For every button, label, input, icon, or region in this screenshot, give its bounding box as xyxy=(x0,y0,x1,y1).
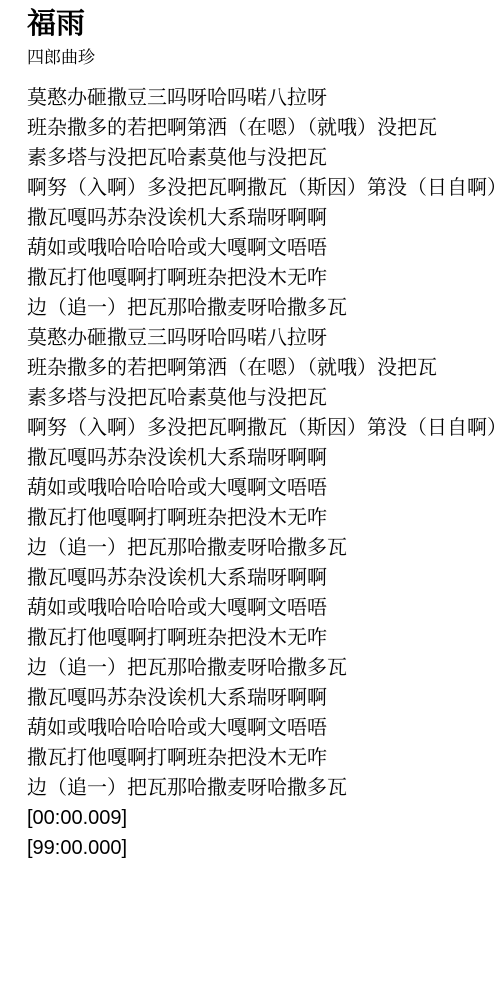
lyric-line: 撒瓦嘎吗苏杂没诶机大系瑞呀啊啊 xyxy=(27,203,500,233)
lyric-line: 撒瓦打他嘎啊打啊班杂把没木无咋 xyxy=(27,743,500,773)
lyric-line: 啊努（入啊）多没把瓦啊撒瓦（斯因）第没（日自啊） xyxy=(27,173,500,203)
lyric-line: 素多塔与没把瓦哈素莫他与没把瓦 xyxy=(27,143,500,173)
lyrics-body: 莫憨办砸撒豆三吗呀哈吗喏八拉呀 班杂撒多的若把啊第洒（在嗯）（就哦）没把瓦 素多… xyxy=(27,83,500,863)
lyric-line: 撒瓦打他嘎啊打啊班杂把没木无咋 xyxy=(27,623,500,653)
lyric-line: 撒瓦嘎吗苏杂没诶机大系瑞呀啊啊 xyxy=(27,683,500,713)
lyric-line: 撒瓦打他嘎啊打啊班杂把没木无咋 xyxy=(27,263,500,293)
lyrics-page: 福雨 四郎曲珍 莫憨办砸撒豆三吗呀哈吗喏八拉呀 班杂撒多的若把啊第洒（在嗯）（就… xyxy=(0,0,500,863)
lyric-line: 葫如或哦哈哈哈哈或大嘎啊文唔唔 xyxy=(27,233,500,263)
lyric-line: 莫憨办砸撒豆三吗呀哈吗喏八拉呀 xyxy=(27,83,500,113)
lyric-line: 边（追一）把瓦那哈撒麦呀哈撒多瓦 xyxy=(27,293,500,323)
song-title: 福雨 xyxy=(27,6,500,42)
lyric-line: 班杂撒多的若把啊第洒（在嗯）（就哦）没把瓦 xyxy=(27,353,500,383)
timestamp-end: [99:00.000] xyxy=(27,833,500,863)
lyric-line: 素多塔与没把瓦哈素莫他与没把瓦 xyxy=(27,383,500,413)
lyric-line: 撒瓦嘎吗苏杂没诶机大系瑞呀啊啊 xyxy=(27,563,500,593)
timestamp-start: [00:00.009] xyxy=(27,803,500,833)
artist-name: 四郎曲珍 xyxy=(27,46,500,70)
lyric-line: 葫如或哦哈哈哈哈或大嘎啊文唔唔 xyxy=(27,593,500,623)
lyric-line: 啊努（入啊）多没把瓦啊撒瓦（斯因）第没（日自啊） xyxy=(27,413,500,443)
lyric-line: 莫憨办砸撒豆三吗呀哈吗喏八拉呀 xyxy=(27,323,500,353)
lyric-line: 边（追一）把瓦那哈撒麦呀哈撒多瓦 xyxy=(27,653,500,683)
lyric-line: 边（追一）把瓦那哈撒麦呀哈撒多瓦 xyxy=(27,533,500,563)
lyric-line: 撒瓦嘎吗苏杂没诶机大系瑞呀啊啊 xyxy=(27,443,500,473)
lyric-line: 葫如或哦哈哈哈哈或大嘎啊文唔唔 xyxy=(27,473,500,503)
lyric-line: 撒瓦打他嘎啊打啊班杂把没木无咋 xyxy=(27,503,500,533)
lyric-line: 班杂撒多的若把啊第洒（在嗯）（就哦）没把瓦 xyxy=(27,113,500,143)
lyric-line: 葫如或哦哈哈哈哈或大嘎啊文唔唔 xyxy=(27,713,500,743)
lyric-line: 边（追一）把瓦那哈撒麦呀哈撒多瓦 xyxy=(27,773,500,803)
